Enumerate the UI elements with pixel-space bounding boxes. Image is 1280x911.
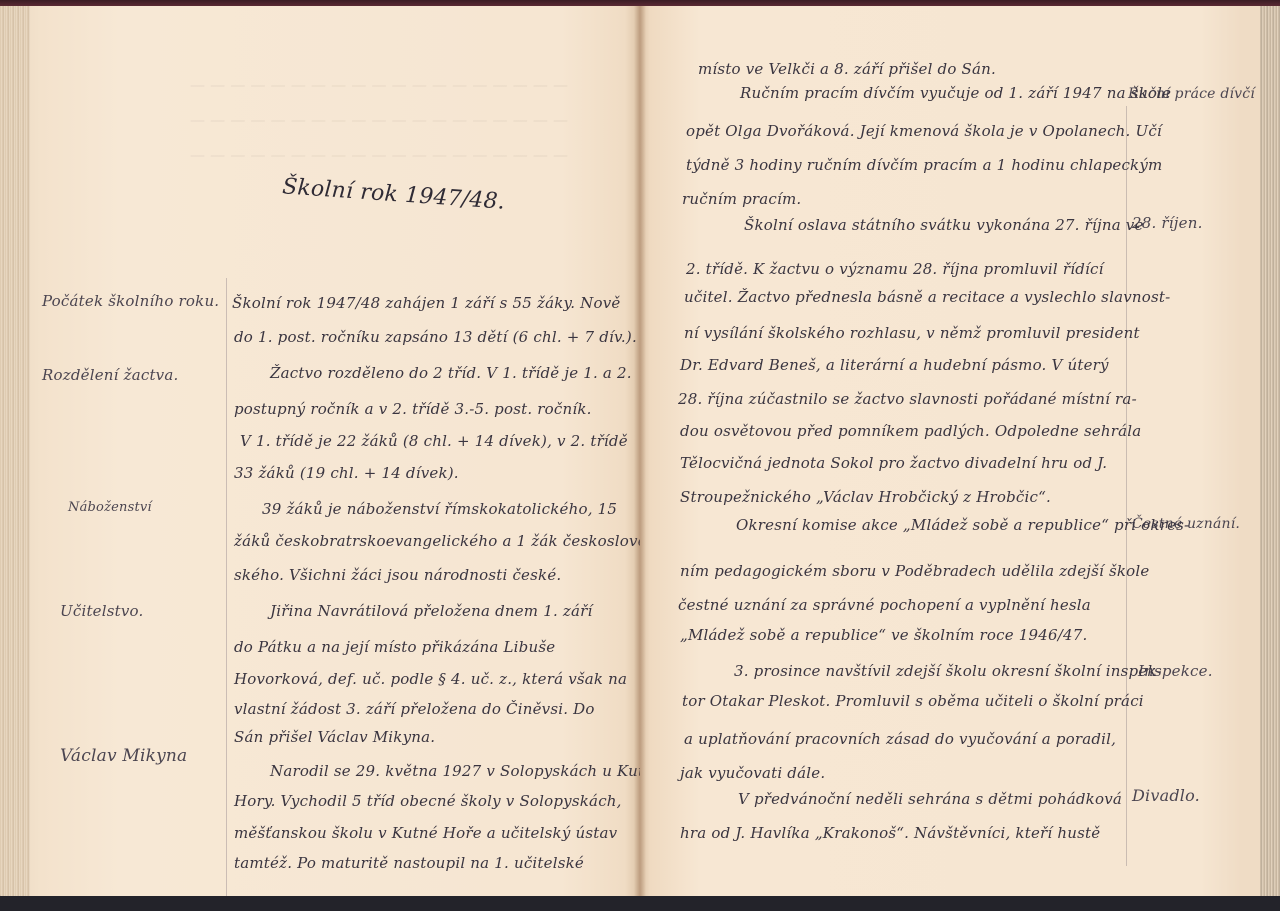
text-line: ním pedagogickém sboru v Poděbradech udě… [680, 562, 1150, 580]
text-line: „Mládež sobě a republice“ ve školním roc… [680, 626, 1087, 644]
text-line: učitel. Žactvo přednesla básně a recitac… [684, 288, 1170, 306]
text-line: 3. prosince navštívil zdejší školu okres… [734, 662, 1162, 680]
text-line: místo ve Velkči a 8. září přišel do Sán. [698, 60, 996, 78]
text-line: 33 žáků (19 chl. + 14 dívek). [234, 464, 459, 482]
text-line: Okresní komise akce „Mládež sobě a repub… [736, 516, 1189, 534]
margin-note-religion: Náboženství [68, 500, 152, 515]
text-line: ského. Všichni žáci jsou národnosti česk… [234, 566, 561, 584]
text-line: ručním pracím. [682, 190, 801, 208]
text-line: Sán přišel Václav Mikyna. [234, 728, 435, 746]
text-line: 39 žáků je náboženství římskokatolického… [262, 500, 617, 518]
text-line: ní vysílání školského rozhlasu, v němž p… [684, 324, 1140, 342]
text-line: tamtéž. Po maturitě nastoupil na 1. učit… [234, 854, 584, 872]
page-edges [0, 6, 30, 898]
margin-rule [226, 278, 227, 898]
text-line: do Pátku a na její místo přikázána Libuš… [234, 638, 555, 656]
text-line: Tělocvičná jednota Sokol pro žactvo diva… [680, 454, 1107, 472]
text-line: Žactvo rozděleno do 2 tříd. V 1. třídě j… [270, 364, 632, 382]
page-title: Školní rok 1947/48. [281, 174, 505, 215]
text-line: a uplatňování pracovních zásad do vyučov… [684, 730, 1116, 748]
text-line: vlastní žádost 3. září přeložena do Čině… [234, 700, 595, 718]
book-cover-bottom [0, 896, 1280, 911]
text-line: Narodil se 29. května 1927 v Solopyskách… [270, 762, 663, 780]
margin-note-school-year-start: Počátek školního roku. [42, 292, 219, 310]
left-page: — — — — — — — — — — — — — — — — — — — — … [0, 6, 640, 898]
text-line: V předvánoční neděli sehrána s dětmi poh… [738, 790, 1122, 808]
page-edges [1260, 6, 1280, 898]
margin-note-pupil-division: Rozdělení žactva. [42, 366, 178, 384]
right-page: Ruční práce dívčí 28. říjen. Čestné uzná… [640, 6, 1280, 898]
text-line: 28. října zúčastnilo se žactvo slavnosti… [678, 390, 1137, 408]
text-line: Jiřina Navrátilová přeložena dnem 1. zář… [270, 602, 593, 620]
text-line: Hovorková, def. uč. podle § 4. uč. z., k… [234, 670, 627, 688]
text-line: V 1. třídě je 22 žáků (8 chl. + 14 dívek… [240, 432, 628, 450]
text-line: týdně 3 hodiny ručním dívčím pracím a 1 … [686, 156, 1162, 174]
text-line: dou osvětovou před pomníkem padlých. Odp… [680, 422, 1141, 440]
margin-note-vaclav-mikyna: Václav Mikyna [60, 746, 187, 766]
text-line: hra od J. Havlíka „Krakonoš“. Návštěvníc… [680, 824, 1100, 842]
text-line: Školní rok 1947/48 zahájen 1 září s 55 ž… [232, 294, 620, 312]
text-line: Dr. Edvard Beneš, a literární a hudební … [680, 356, 1109, 374]
book-spine [634, 6, 646, 898]
text-line: Ručním pracím dívčím vyučuje od 1. září … [740, 84, 1171, 102]
margin-note-theatre: Divadlo. [1132, 786, 1200, 805]
text-line: Stroupežnického „Václav Hrobčický z Hrob… [680, 488, 1051, 506]
text-line: čestné uznání za správné pochopení a vyp… [678, 596, 1091, 614]
text-line: do 1. post. ročníku zapsáno 13 dětí (6 c… [234, 328, 637, 346]
text-line: postupný ročník a v 2. třídě 3.-5. post.… [234, 400, 592, 418]
text-line: měšťanskou školu v Kutné Hoře a učitelsk… [234, 824, 617, 842]
text-line: tor Otakar Pleskot. Promluvil s oběma uč… [682, 692, 1144, 710]
text-line: žáků českobratrskoevangelického a 1 žák … [234, 532, 662, 550]
text-line: Školní oslava státního svátku vykonána 2… [744, 216, 1144, 234]
margin-note-teaching-staff: Učitelstvo. [60, 602, 143, 620]
text-line: jak vyučovati dále. [680, 764, 825, 782]
text-line: 2. třídě. K žactvu o významu 28. října p… [686, 260, 1104, 278]
text-line: Hory. Vychodil 5 tříd obecné školy v Sol… [234, 792, 622, 810]
text-line: opět Olga Dvořáková. Její kmenová škola … [686, 122, 1162, 140]
